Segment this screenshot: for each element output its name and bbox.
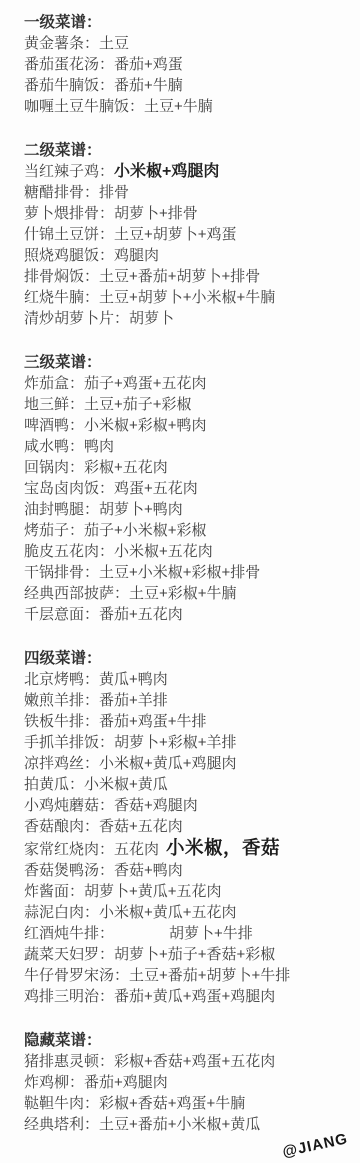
recipe-section: 二级菜谱：当红辣子鸡：小米椒+鸡腿肉糖醋排骨：排骨萝卜煨排骨：胡萝卜+排骨什锦土… <box>24 140 360 329</box>
recipe-name: 北京烤鸭： <box>24 671 99 688</box>
recipe-ingredients: 番茄+五花肉 <box>99 606 183 623</box>
recipe-ingredients: 胡萝卜+彩椒+羊排 <box>114 734 237 751</box>
recipe-line: 拍黄瓜：小米椒+黄瓜 <box>24 774 360 795</box>
recipe-line: 蒜泥白肉：小米椒+黄瓜+五花肉 <box>24 902 360 923</box>
recipe-ingredients: 小米椒+黄瓜 <box>84 776 168 793</box>
section-title: 四级菜谱： <box>24 648 360 669</box>
recipe-ingredients: 胡萝卜+排骨 <box>114 205 198 222</box>
recipe-line: 红酒炖牛排：胡萝卜+牛排 <box>24 923 360 944</box>
recipe-name: 照烧鸡腿饭： <box>24 247 114 264</box>
recipe-name: 宝岛卤肉饭： <box>24 480 114 497</box>
recipe-line: 红烧牛腩：土豆+胡萝卜+小米椒+牛腩 <box>24 287 360 308</box>
recipe-line: 番茄蛋花汤：番茄+鸡蛋 <box>24 54 360 75</box>
recipe-line: 清炒胡萝卜片：胡萝卜 <box>24 308 360 329</box>
recipe-ingredients: 土豆+胡萝卜+小米椒+牛腩 <box>99 289 275 306</box>
recipe-name: 炸鸡柳： <box>24 1074 84 1091</box>
recipe-line: 香菇煲鸭汤：香菇+鸭肉 <box>24 860 360 881</box>
recipe-line: 千层意面：番茄+五花肉 <box>24 604 360 625</box>
recipe-line: 照烧鸡腿饭：鸡腿肉 <box>24 245 360 266</box>
recipe-ingredients: 胡萝卜+鸭肉 <box>99 501 183 518</box>
recipe-name: 猪排惠灵顿： <box>24 1053 114 1070</box>
recipe-line: 地三鲜：土豆+茄子+彩椒 <box>24 394 360 415</box>
recipe-ingredients: 番茄+黄瓜+鸡蛋+鸡腿肉 <box>114 988 275 1005</box>
recipe-ingredients: 小米椒+黄瓜+五花肉 <box>99 904 237 921</box>
recipe-ingredients: 小米椒+五花肉 <box>114 543 213 560</box>
recipe-list: 一级菜谱：黄金薯条：土豆番茄蛋花汤：番茄+鸡蛋番茄牛腩饭：番茄+牛腩咖喱土豆牛腩… <box>0 0 360 1135</box>
recipe-name: 手抓羊排饭： <box>24 734 114 751</box>
section-title: 隐藏菜谱： <box>24 1030 360 1051</box>
recipe-name: 香菇酿肉： <box>24 818 99 835</box>
recipe-name: 糖醋排骨： <box>24 184 99 201</box>
recipe-name: 铁板牛排： <box>24 713 99 730</box>
recipe-ingredients: 彩椒+香菇+鸡蛋+牛腩 <box>99 1095 245 1112</box>
recipe-line: 咖喱土豆牛腩饭：土豆+牛腩 <box>24 96 360 117</box>
recipe-line: 啤酒鸭：小米椒+彩椒+鸭肉 <box>24 415 360 436</box>
recipe-ingredients: 番茄+鸡腿肉 <box>84 1074 168 1091</box>
recipe-ingredients: 土豆+胡萝卜+鸡蛋 <box>114 226 237 243</box>
recipe-line: 蔬菜天妇罗：胡萝卜+茄子+香菇+彩椒 <box>24 944 360 965</box>
recipe-line: 炸酱面：胡萝卜+黄瓜+五花肉 <box>24 881 360 902</box>
recipe-ingredients: 土豆+彩椒+牛腩 <box>129 585 237 602</box>
recipe-line: 宝岛卤肉饭：鸡蛋+五花肉 <box>24 478 360 499</box>
recipe-section: 一级菜谱：黄金薯条：土豆番茄蛋花汤：番茄+鸡蛋番茄牛腩饭：番茄+牛腩咖喱土豆牛腩… <box>24 12 360 117</box>
recipe-name: 红烧牛腩： <box>24 289 99 306</box>
recipe-name: 炸茄盒： <box>24 375 84 392</box>
recipe-name: 千层意面： <box>24 606 99 623</box>
recipe-name: 排骨焖饭： <box>24 268 99 285</box>
recipe-ingredients: 胡萝卜+黄瓜+五花肉 <box>84 883 222 900</box>
recipe-line: 萝卜煨排骨：胡萝卜+排骨 <box>24 203 360 224</box>
recipe-ingredients: 土豆+牛腩 <box>144 98 213 115</box>
recipe-line: 排骨焖饭：土豆+番茄+胡萝卜+排骨 <box>24 266 360 287</box>
recipe-name: 经典塔利： <box>24 1116 99 1133</box>
recipe-line: 凉拌鸡丝：小米椒+黄瓜+鸡腿肉 <box>24 753 360 774</box>
recipe-line: 鸡排三明治：番茄+黄瓜+鸡蛋+鸡腿肉 <box>24 986 360 1007</box>
recipe-name: 番茄蛋花汤： <box>24 56 114 73</box>
recipe-ingredients: 彩椒+香菇+鸡蛋+五花肉 <box>114 1053 275 1070</box>
recipe-name: 鸡排三明治： <box>24 988 114 1005</box>
recipe-ingredients: 土豆+番茄+小米椒+黄瓜 <box>99 1116 260 1133</box>
recipe-line: 炸茄盒：茄子+鸡蛋+五花肉 <box>24 373 360 394</box>
recipe-name: 番茄牛腩饭： <box>24 77 114 94</box>
section-title: 二级菜谱： <box>24 140 360 161</box>
recipe-line: 什锦土豆饼：土豆+胡萝卜+鸡蛋 <box>24 224 360 245</box>
recipe-name: 脆皮五花肉： <box>24 543 114 560</box>
recipe-ingredients: 鸡腿肉 <box>114 247 159 264</box>
recipe-ingredients: 排骨 <box>99 184 129 201</box>
recipe-ingredients: 土豆+番茄+胡萝卜+牛排 <box>129 967 290 984</box>
recipe-name: 干锅排骨： <box>24 564 99 581</box>
recipe-name: 清炒胡萝卜片： <box>24 310 129 327</box>
recipe-annotation: 小米椒，香菇 <box>166 837 280 858</box>
recipe-name: 油封鸭腿： <box>24 501 99 518</box>
recipe-line: 糖醋排骨：排骨 <box>24 182 360 203</box>
recipe-ingredients: 香菇+五花肉 <box>99 818 183 835</box>
recipe-line: 香菇酿肉：香菇+五花肉 <box>24 816 360 837</box>
recipe-ingredients: 鸭肉 <box>84 438 114 455</box>
recipe-line: 番茄牛腩饭：番茄+牛腩 <box>24 75 360 96</box>
recipe-line: 小鸡炖蘑菇：香菇+鸡腿肉 <box>24 795 360 816</box>
recipe-name: 咖喱土豆牛腩饭： <box>24 98 144 115</box>
recipe-ingredients: 小米椒+彩椒+鸭肉 <box>84 417 207 434</box>
recipe-name: 凉拌鸡丝： <box>24 755 99 772</box>
recipe-line: 嫩煎羊排：番茄+羊排 <box>24 690 360 711</box>
recipe-section: 四级菜谱：北京烤鸭：黄瓜+鸭肉嫩煎羊排：番茄+羊排铁板牛排：番茄+鸡蛋+牛排手抓… <box>24 648 360 1007</box>
recipe-section: 隐藏菜谱：猪排惠灵顿：彩椒+香菇+鸡蛋+五花肉炸鸡柳：番茄+鸡腿肉鞑靼牛肉：彩椒… <box>24 1030 360 1135</box>
recipe-line: 手抓羊排饭：胡萝卜+彩椒+羊排 <box>24 732 360 753</box>
recipe-name: 牛仔骨罗宋汤： <box>24 967 129 984</box>
recipe-ingredients: 番茄+鸡蛋+牛排 <box>99 713 207 730</box>
recipe-name: 红酒炖牛排： <box>24 925 114 942</box>
recipe-name: 当红辣子鸡： <box>24 163 114 180</box>
recipe-line: 经典塔利：土豆+番茄+小米椒+黄瓜 <box>24 1114 360 1135</box>
recipe-ingredients: 胡萝卜 <box>129 310 174 327</box>
recipe-line: 回锅肉：彩椒+五花肉 <box>24 457 360 478</box>
recipe-line: 铁板牛排：番茄+鸡蛋+牛排 <box>24 711 360 732</box>
recipe-name: 嫩煎羊排： <box>24 692 99 709</box>
recipe-ingredients: 胡萝卜+茄子+香菇+彩椒 <box>114 946 275 963</box>
recipe-name: 小鸡炖蘑菇： <box>24 797 114 814</box>
recipe-ingredients: 番茄+牛腩 <box>114 77 183 94</box>
recipe-ingredients: 香菇+鸡腿肉 <box>114 797 198 814</box>
recipe-name: 什锦土豆饼： <box>24 226 114 243</box>
recipe-line: 家常红烧肉：五花肉小米椒，香菇 <box>24 837 360 860</box>
recipe-ingredients: 彩椒+五花肉 <box>84 459 168 476</box>
recipe-ingredients: 香菇+鸭肉 <box>114 862 183 879</box>
recipe-ingredients: 茄子+鸡蛋+五花肉 <box>84 375 207 392</box>
recipe-line: 北京烤鸭：黄瓜+鸭肉 <box>24 669 360 690</box>
recipe-ingredients: 番茄+鸡蛋 <box>114 56 183 73</box>
recipe-ingredients: 五花肉 <box>114 841 159 858</box>
recipe-line: 黄金薯条：土豆 <box>24 33 360 54</box>
recipe-line: 咸水鸭：鸭肉 <box>24 436 360 457</box>
recipe-ingredients: 土豆 <box>99 35 129 52</box>
recipe-name: 经典西部披萨： <box>24 585 129 602</box>
recipe-line: 猪排惠灵顿：彩椒+香菇+鸡蛋+五花肉 <box>24 1051 360 1072</box>
recipe-ingredients: 番茄+羊排 <box>99 692 168 709</box>
recipe-name: 蔬菜天妇罗： <box>24 946 114 963</box>
recipe-name: 黄金薯条： <box>24 35 99 52</box>
recipe-name: 鞑靼牛肉： <box>24 1095 99 1112</box>
recipe-ingredients: 小米椒+黄瓜+鸡腿肉 <box>99 755 237 772</box>
recipe-line: 干锅排骨：土豆+小米椒+彩椒+排骨 <box>24 562 360 583</box>
recipe-name: 蒜泥白肉： <box>24 904 99 921</box>
recipe-name: 香菇煲鸭汤： <box>24 862 114 879</box>
recipe-line: 油封鸭腿：胡萝卜+鸭肉 <box>24 499 360 520</box>
recipe-line: 经典西部披萨：土豆+彩椒+牛腩 <box>24 583 360 604</box>
recipe-ingredients: 茄子+小米椒+彩椒 <box>84 522 207 539</box>
recipe-name: 家常红烧肉： <box>24 841 114 858</box>
recipe-line: 牛仔骨罗宋汤：土豆+番茄+胡萝卜+牛排 <box>24 965 360 986</box>
section-title: 一级菜谱： <box>24 12 360 33</box>
recipe-ingredients: 土豆+茄子+彩椒 <box>84 396 192 413</box>
recipe-ingredients: 土豆+番茄+胡萝卜+排骨 <box>99 268 260 285</box>
recipe-line: 鞑靼牛肉：彩椒+香菇+鸡蛋+牛腩 <box>24 1093 360 1114</box>
recipe-line: 脆皮五花肉：小米椒+五花肉 <box>24 541 360 562</box>
recipe-ingredients: 胡萝卜+牛排 <box>169 925 253 942</box>
recipe-name: 回锅肉： <box>24 459 84 476</box>
recipe-ingredients: 鸡蛋+五花肉 <box>114 480 198 497</box>
recipe-ingredients: 小米椒+鸡腿肉 <box>114 163 219 180</box>
recipe-name: 地三鲜： <box>24 396 84 413</box>
recipe-name: 炸酱面： <box>24 883 84 900</box>
recipe-line: 当红辣子鸡：小米椒+鸡腿肉 <box>24 161 360 182</box>
recipe-ingredients: 土豆+小米椒+彩椒+排骨 <box>99 564 260 581</box>
recipe-name: 拍黄瓜： <box>24 776 84 793</box>
recipe-ingredients: 黄瓜+鸭肉 <box>99 671 168 688</box>
recipe-line: 烤茄子：茄子+小米椒+彩椒 <box>24 520 360 541</box>
recipe-section: 三级菜谱：炸茄盒：茄子+鸡蛋+五花肉地三鲜：土豆+茄子+彩椒啤酒鸭：小米椒+彩椒… <box>24 352 360 625</box>
recipe-name: 烤茄子： <box>24 522 84 539</box>
recipe-line: 炸鸡柳：番茄+鸡腿肉 <box>24 1072 360 1093</box>
section-title: 三级菜谱： <box>24 352 360 373</box>
recipe-name: 咸水鸭： <box>24 438 84 455</box>
recipe-name: 啤酒鸭： <box>24 417 84 434</box>
recipe-name: 萝卜煨排骨： <box>24 205 114 222</box>
